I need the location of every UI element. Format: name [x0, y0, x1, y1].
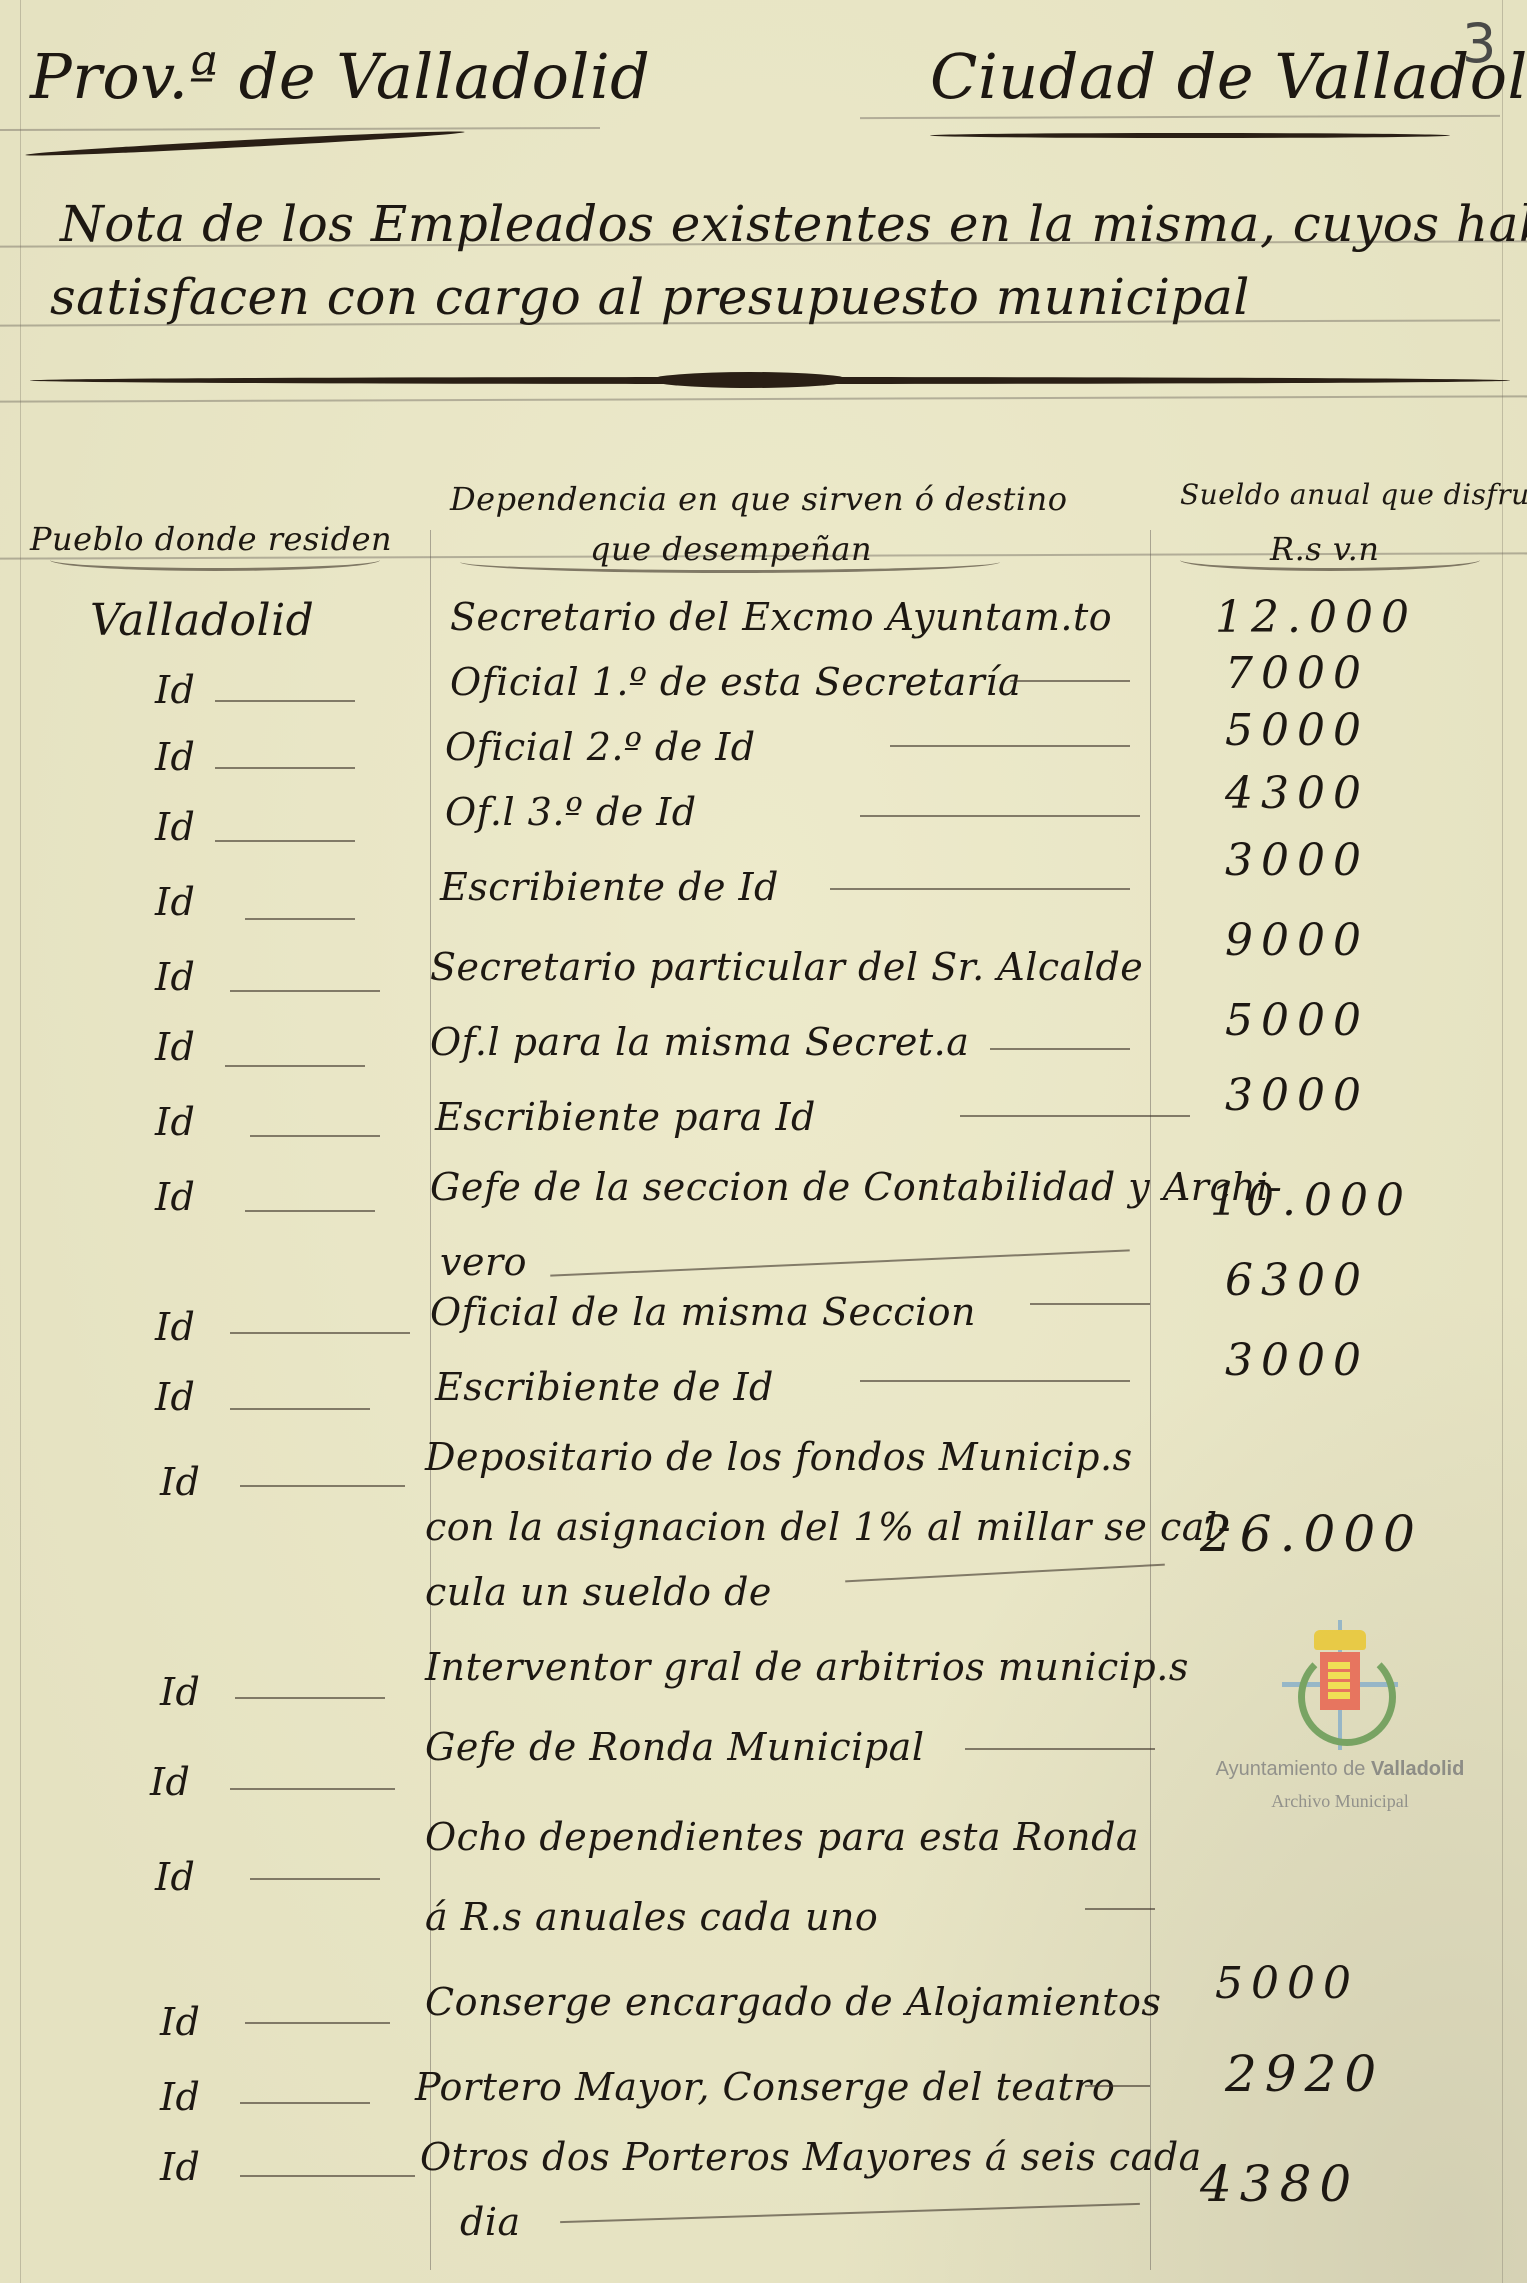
row-position: Escribiente para Id [435, 1095, 816, 1139]
row-position: Interventor gral de arbitrios municip.s [425, 1645, 1189, 1689]
row-position-continuation: dia [460, 2200, 521, 2244]
row-salary: 9000 [1225, 915, 1369, 966]
row-position-continuation: cula un sueldo de [425, 1570, 772, 1614]
row-residence: Id [155, 1100, 195, 1144]
header-underline [50, 560, 380, 571]
row-residence: Id [155, 955, 195, 999]
archive-watermark: Ayuntamiento de Valladolid Archivo Munic… [1160, 1620, 1520, 1812]
row-residence: Id [160, 1670, 200, 1714]
header-underline [460, 562, 1000, 573]
row-position: Escribiente de Id [435, 1365, 774, 1409]
leader-dash [235, 1697, 385, 1699]
row-position-continuation: vero [440, 1240, 527, 1284]
leader-dash [230, 1332, 410, 1334]
row-position: Ocho dependientes para esta Ronda [425, 1815, 1139, 1859]
leader-dash [215, 700, 355, 702]
row-residence: Id [155, 1855, 195, 1899]
leader-dash [240, 2175, 415, 2177]
leader-dash [250, 1135, 380, 1137]
row-position: Of.l para la misma Secret.a [430, 1020, 969, 1064]
city-heading: Ciudad de Valladolid [930, 40, 1527, 113]
row-salary: 4300 [1225, 768, 1369, 819]
row-position-continuation: con la asignacion del 1% al millar se ca… [425, 1505, 1231, 1549]
column-header-residence: Pueblo donde residen [30, 520, 392, 558]
row-position: Secretario del Excmo Ayuntam.to [450, 595, 1112, 639]
leader-dash [550, 1249, 1130, 1276]
row-position: Depositario de los fondos Municip.s [425, 1435, 1133, 1479]
row-residence: Id [155, 1175, 195, 1219]
province-underline-flourish [25, 128, 465, 158]
row-residence: Id [155, 880, 195, 924]
row-position: Secretario particular del Sr. Alcalde [430, 945, 1143, 989]
leader-dash [960, 1115, 1190, 1117]
row-salary: 7000 [1225, 648, 1369, 699]
row-salary: 5000 [1225, 705, 1369, 756]
leader-dash [560, 2203, 1140, 2223]
row-salary: 26.000 [1200, 1505, 1423, 1563]
row-salary: 10.000 [1210, 1175, 1412, 1226]
ruled-line [0, 127, 600, 131]
province-heading: Prov.ª de Valladolid [30, 40, 650, 113]
row-position: Oficial 2.º de Id [445, 725, 756, 769]
right-margin-line [1502, 0, 1503, 2283]
leader-dash [1085, 1908, 1155, 1910]
row-salary: 5000 [1225, 995, 1369, 1046]
row-position: Portero Mayor, Conserge del teatro [415, 2065, 1115, 2109]
row-salary: 2920 [1225, 2045, 1384, 2103]
row-residence: Id [155, 735, 195, 779]
manuscript-page: Prov.ª de Valladolid Ciudad de Valladoli… [0, 0, 1527, 2283]
row-salary: 3000 [1225, 1070, 1369, 1121]
leader-dash [230, 990, 380, 992]
leader-dash [860, 1380, 1130, 1382]
row-residence: Id [155, 1375, 195, 1419]
leader-dash [240, 2102, 370, 2104]
leader-dash [1085, 2085, 1150, 2087]
ruled-line [0, 395, 1527, 402]
leader-dash [215, 840, 355, 842]
watermark-institution-prefix: Ayuntamiento de [1216, 1758, 1371, 1780]
leader-dash [230, 1408, 370, 1410]
row-residence: Valladolid [90, 595, 314, 646]
row-residence: Id [160, 1460, 200, 1504]
leader-dash [1030, 1303, 1150, 1305]
row-residence: Id [160, 2075, 200, 2119]
watermark-archive-name: Archivo Municipal [1160, 1791, 1520, 1812]
leader-dash [830, 888, 1130, 890]
row-salary: 6300 [1225, 1255, 1369, 1306]
row-residence: Id [160, 2000, 200, 2044]
row-position: Gefe de la seccion de Contabilidad y Arc… [430, 1165, 1282, 1209]
column-header-department-line1: Dependencia en que sirven ó destino [450, 480, 1067, 518]
leader-dash [965, 1748, 1155, 1750]
leader-dash [215, 767, 355, 769]
leader-dash [250, 1878, 380, 1880]
row-salary: 12.000 [1215, 592, 1417, 643]
row-salary: 5000 [1215, 1958, 1359, 2009]
leader-dash [890, 745, 1130, 747]
leader-dash [1010, 680, 1130, 682]
city-underline-flourish [930, 133, 1450, 138]
row-position: Oficial 1.º de esta Secretaría [450, 660, 1021, 704]
row-position: Otros dos Porteros Mayores á seis cada [420, 2135, 1202, 2179]
ink-blot [650, 372, 850, 388]
leader-dash [245, 1210, 375, 1212]
watermark-institution: Ayuntamiento de Valladolid [1160, 1758, 1520, 1781]
row-salary: 3000 [1225, 1335, 1369, 1386]
document-title-line-2: satisfacen con cargo al presupuesto muni… [50, 268, 1250, 326]
leader-dash [845, 1564, 1165, 1583]
row-residence: Id [155, 1025, 195, 1069]
row-salary: 4380 [1200, 2155, 1359, 2213]
row-position: Gefe de Ronda Municipal [425, 1725, 924, 1769]
page-number: 3 [1462, 12, 1496, 75]
row-residence: Id [155, 668, 195, 712]
leader-dash [230, 1788, 395, 1790]
document-title-line-1: Nota de los Empleados existentes en la m… [60, 195, 1527, 253]
column-header-salary-line1: Sueldo anual que disfrutan [1180, 478, 1527, 511]
leader-dash [225, 1065, 365, 1067]
leader-dash [860, 815, 1140, 817]
row-position: Of.l 3.º de Id [445, 790, 697, 834]
leader-dash [990, 1048, 1130, 1050]
header-underline [1180, 560, 1480, 571]
row-position: Conserge encargado de Alojamientos [425, 1980, 1161, 2024]
left-margin-line [20, 0, 21, 2283]
row-residence: Id [155, 1305, 195, 1349]
leader-dash [245, 918, 355, 920]
watermark-institution-city: Valladolid [1371, 1758, 1464, 1780]
row-residence: Id [150, 1760, 190, 1804]
row-residence: Id [160, 2145, 200, 2189]
row-position-continuation: á R.s anuales cada uno [425, 1895, 878, 1939]
leader-dash [245, 2022, 390, 2024]
row-position: Escribiente de Id [440, 865, 779, 909]
ruled-line [860, 115, 1500, 119]
row-residence: Id [155, 805, 195, 849]
row-position: Oficial de la misma Seccion [430, 1290, 976, 1334]
leader-dash [240, 1485, 405, 1487]
row-salary: 3000 [1225, 835, 1369, 886]
valladolid-coat-of-arms-icon [1280, 1620, 1400, 1750]
